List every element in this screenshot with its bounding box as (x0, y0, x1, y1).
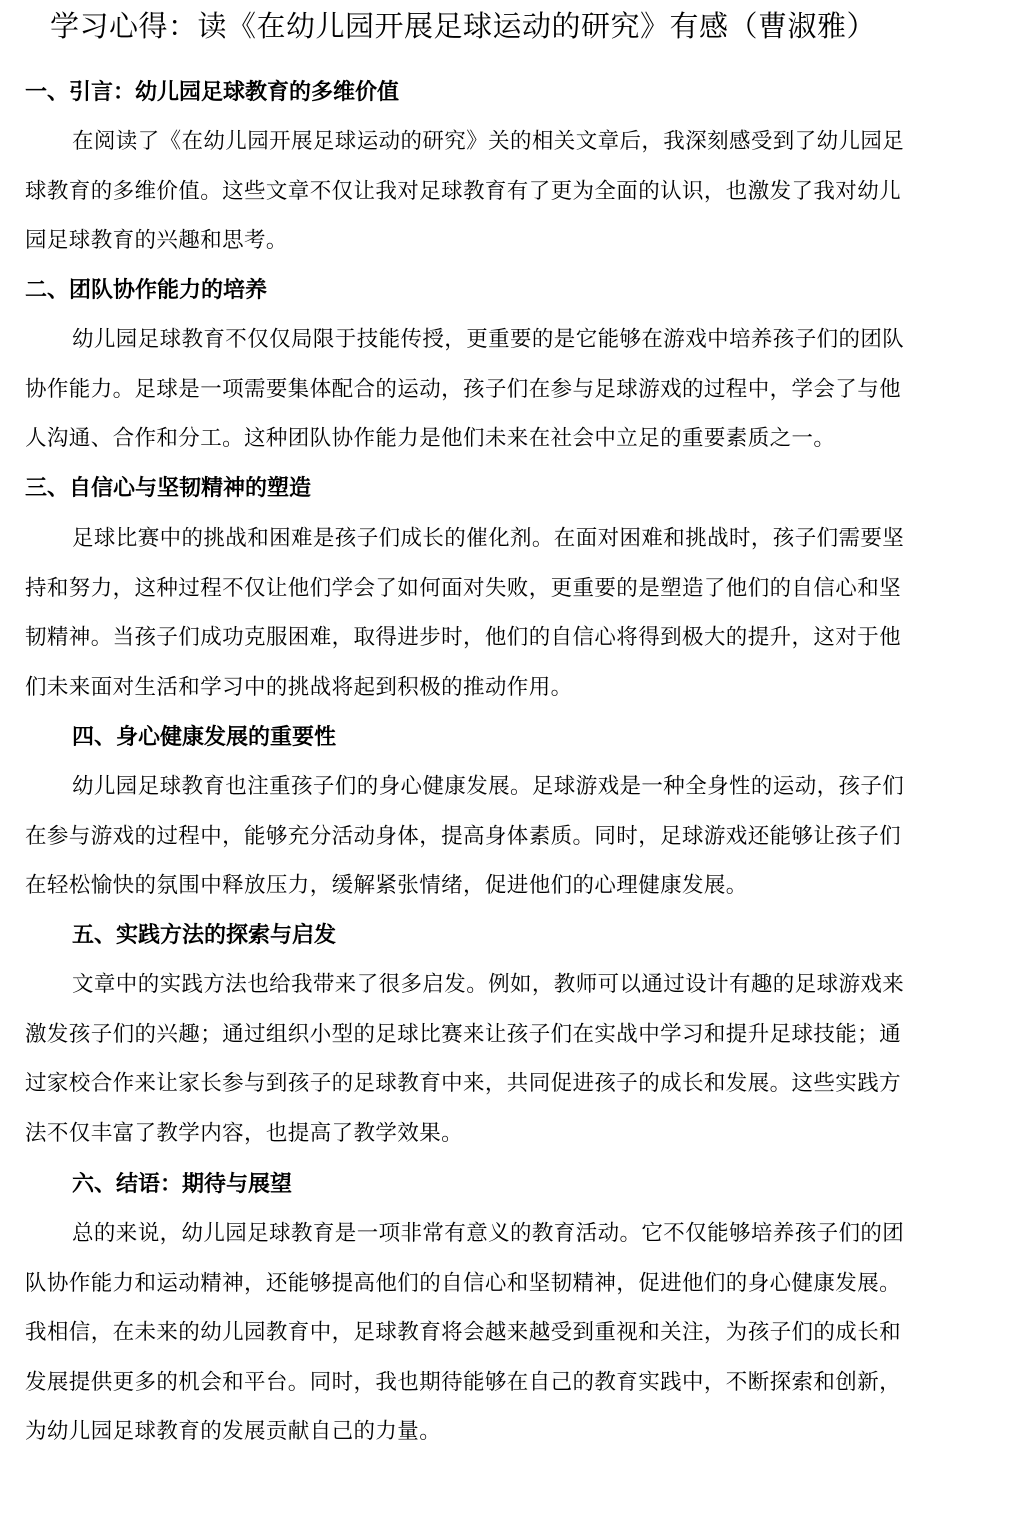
paragraph-line: 发展提供更多的机会和平台。同时，我也期待能够在自己的教育实践中，不断探索和创新， (25, 1358, 965, 1408)
section-heading-health: 四、身心健康发展的重要性 (72, 717, 336, 757)
section-heading-practice: 五、实践方法的探索与启发 (72, 915, 336, 955)
section-heading-conclusion: 六、结语：期待与展望 (72, 1164, 292, 1204)
paragraph-line: 人沟通、合作和分工。这种团队协作能力是他们未来在社会中立足的重要素质之一。 (25, 414, 965, 464)
section-paragraph-health: 幼儿园足球教育也注重孩子们的身心健康发展。足球游戏是一种全身性的运动，孩子们 在… (25, 762, 965, 911)
paragraph-line: 持和努力，这种过程不仅让他们学会了如何面对失败，更重要的是塑造了他们的自信心和坚 (25, 564, 965, 614)
paragraph-line: 激发孩子们的兴趣；通过组织小型的足球比赛来让孩子们在实战中学习和提升足球技能；通 (25, 1010, 965, 1060)
section-paragraph-practice: 文章中的实践方法也给我带来了很多启发。例如，教师可以通过设计有趣的足球游戏来 激… (25, 960, 965, 1158)
paragraph-line: 为幼儿园足球教育的发展贡献自己的力量。 (25, 1407, 965, 1457)
paragraph-line: 队协作能力和运动精神，还能够提高他们的自信心和坚韧精神，促进他们的身心健康发展。 (25, 1259, 965, 1309)
paragraph-line: 法不仅丰富了教学内容，也提高了教学效果。 (25, 1109, 965, 1159)
paragraph-line: 在阅读了《在幼儿园开展足球运动的研究》关的相关文章后，我深刻感受到了幼儿园足 (25, 117, 965, 167)
paragraph-line: 幼儿园足球教育也注重孩子们的身心健康发展。足球游戏是一种全身性的运动，孩子们 (25, 762, 965, 812)
section-paragraph-teamwork: 幼儿园足球教育不仅仅局限于技能传授，更重要的是它能够在游戏中培养孩子们的团队 协… (25, 315, 965, 464)
paragraph-line: 幼儿园足球教育不仅仅局限于技能传授，更重要的是它能够在游戏中培养孩子们的团队 (25, 315, 965, 365)
paragraph-line: 协作能力。足球是一项需要集体配合的运动，孩子们在参与足球游戏的过程中，学会了与他 (25, 365, 965, 415)
paragraph-line: 我相信，在未来的幼儿园教育中，足球教育将会越来越受到重视和关注，为孩子们的成长和 (25, 1308, 965, 1358)
section-paragraph-confidence: 足球比赛中的挑战和困难是孩子们成长的催化剂。在面对困难和挑战时，孩子们需要坚 持… (25, 514, 965, 712)
paragraph-line: 在轻松愉快的氛围中释放压力，缓解紧张情绪，促进他们的心理健康发展。 (25, 861, 965, 911)
paragraph-line: 总的来说，幼儿园足球教育是一项非常有意义的教育活动。它不仅能够培养孩子们的团 (25, 1209, 965, 1259)
document-title: 学习心得：读《在幼儿园开展足球运动的研究》有感（曹淑雅） (50, 4, 1010, 48)
paragraph-line: 文章中的实践方法也给我带来了很多启发。例如，教师可以通过设计有趣的足球游戏来 (25, 960, 965, 1010)
paragraph-line: 球教育的多维价值。这些文章不仅让我对足球教育有了更为全面的认识，也激发了我对幼儿 (25, 167, 965, 217)
section-paragraph-conclusion: 总的来说，幼儿园足球教育是一项非常有意义的教育活动。它不仅能够培养孩子们的团 队… (25, 1209, 965, 1457)
document-page: 学习心得：读《在幼儿园开展足球运动的研究》有感（曹淑雅） 一、引言：幼儿园足球教… (0, 0, 1024, 1537)
section-heading-teamwork: 二、团队协作能力的培养 (25, 270, 267, 310)
section-heading-confidence: 三、自信心与坚韧精神的塑造 (25, 468, 311, 508)
paragraph-line: 在参与游戏的过程中，能够充分活动身体，提高身体素质。同时，足球游戏还能够让孩子们 (25, 812, 965, 862)
paragraph-line: 足球比赛中的挑战和困难是孩子们成长的催化剂。在面对困难和挑战时，孩子们需要坚 (25, 514, 965, 564)
paragraph-line: 韧精神。当孩子们成功克服困难，取得进步时，他们的自信心将得到极大的提升，这对于他 (25, 613, 965, 663)
section-paragraph-introduction: 在阅读了《在幼儿园开展足球运动的研究》关的相关文章后，我深刻感受到了幼儿园足 球… (25, 117, 965, 266)
paragraph-line: 园足球教育的兴趣和思考。 (25, 216, 965, 266)
paragraph-line: 们未来面对生活和学习中的挑战将起到积极的推动作用。 (25, 663, 965, 713)
section-heading-introduction: 一、引言：幼儿园足球教育的多维价值 (25, 72, 399, 112)
paragraph-line: 过家校合作来让家长参与到孩子的足球教育中来，共同促进孩子的成长和发展。这些实践方 (25, 1059, 965, 1109)
